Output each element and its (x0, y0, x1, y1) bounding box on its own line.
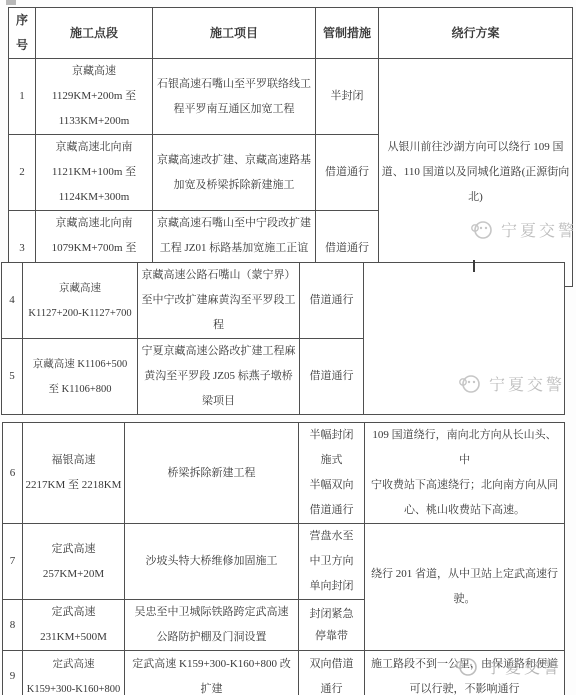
row1-project: 石银高速石嘴山至平罗联络线工 程平罗南互通区加宽工程 (153, 59, 316, 135)
table-row-1: 1 京藏高速 1129KM+200m 至 1133KM+200m 石银高速石嘴山… (9, 59, 573, 135)
row7-seq: 7 (3, 524, 23, 600)
row5-section: 京藏高速 K1106+500 至 K1106+800 (23, 339, 138, 415)
row6-project: 桥梁拆除新建工程 (125, 423, 299, 524)
scan-artifact (6, 0, 16, 5)
header-control: 管制措施 (316, 8, 379, 59)
row4-seq: 4 (2, 263, 23, 339)
table-row-4: 4 京藏高速 K1127+200-K1127+700 京藏高速公路石嘴山（蒙宁界… (2, 263, 565, 339)
row6-seq: 6 (3, 423, 23, 524)
row8-section: 定武高速 231KM+500M (23, 600, 125, 651)
row9-control: 双向借道 通行 (299, 651, 365, 695)
row8-project: 吴忠至中卫城际铁路跨定武高速 公路防护棚及门洞设置 (125, 600, 299, 651)
row2-section: 京藏高速北向南 1121KM+100m 至 1124KM+300m (36, 135, 153, 211)
row8-control: 封闭紧急 停靠带 (299, 600, 365, 651)
row2-seq: 2 (9, 135, 36, 211)
roadwork-table-segment-1: 序号 施工点段 施工项目 管制措施 绕行方案 1 京藏高速 1129KM+200… (8, 7, 573, 287)
row1-seq: 1 (9, 59, 36, 135)
row7-control: 营盘水至 中卫方向 单向封闭 (299, 524, 365, 600)
row7-section: 定武高速 257KM+20M (23, 524, 125, 600)
row5-control: 借道通行 (300, 339, 364, 415)
row9-project: 定武高速 K159+300-K160+800 改 扩建 (125, 651, 299, 695)
row2-project: 京藏高速改扩建、京藏高速路基 加宽及桥梁拆除新建施工 (153, 135, 316, 211)
stray-mark (473, 260, 475, 272)
row7-project: 沙坡头特大桥维修加固施工 (125, 524, 299, 600)
header-seq: 序号 (9, 8, 36, 59)
table-row-7: 7 定武高速 257KM+20M 沙坡头特大桥维修加固施工 营盘水至 中卫方向 … (3, 524, 565, 600)
detour-rows-7-8: 绕行 201 省道，从中卫站上定武高速行 驶。 (365, 524, 565, 651)
roadwork-table-segment-3: 6 福银高速 2217KM 至 2218KM 桥梁拆除新建工程 半幅封闭 施式 … (2, 422, 565, 695)
row4-project: 京藏高速公路石嘴山（蒙宁界） 至中宁改扩建麻黄沟至平罗段工 程 (138, 263, 300, 339)
table-row-9: 9 定武高速 K159+300-K160+800 定武高速 K159+300-K… (3, 651, 565, 695)
row4-section: 京藏高速 K1127+200-K1127+700 (23, 263, 138, 339)
row1-control: 半封闭 (316, 59, 379, 135)
row4-control: 借道通行 (300, 263, 364, 339)
row1-section: 京藏高速 1129KM+200m 至 1133KM+200m (36, 59, 153, 135)
roadwork-table-segment-2: 4 京藏高速 K1127+200-K1127+700 京藏高速公路石嘴山（蒙宁界… (1, 262, 565, 415)
row6-section: 福银高速 2217KM 至 2218KM (23, 423, 125, 524)
row6-control: 半幅封闭 施式 半幅双向 借道通行 (299, 423, 365, 524)
row9-section: 定武高速 K159+300-K160+800 (23, 651, 125, 695)
table-row-6: 6 福银高速 2217KM 至 2218KM 桥梁拆除新建工程 半幅封闭 施式 … (3, 423, 565, 524)
header-section: 施工点段 (36, 8, 153, 59)
row9-seq: 9 (3, 651, 23, 695)
row9-detour: 施工路段不到一公里，由保通路和便道 可以行驶，不影响通行 (365, 651, 565, 695)
row2-control: 借道通行 (316, 135, 379, 211)
row5-seq: 5 (2, 339, 23, 415)
row6-detour: 109 国道绕行，南向北方向从长山头、中 宁收费站下高速绕行；北向南方向从同 心… (365, 423, 565, 524)
header-project: 施工项目 (153, 8, 316, 59)
row8-seq: 8 (3, 600, 23, 651)
row5-project: 宁夏京藏高速公路改扩建工程麻 黄沟至平罗段 JZ05 标燕子墩桥 梁项目 (138, 339, 300, 415)
header-detour: 绕行方案 (379, 8, 573, 59)
table-header-row: 序号 施工点段 施工项目 管制措施 绕行方案 (9, 8, 573, 59)
detour-rows-4-5 (364, 263, 565, 415)
detour-rows-1-3: 从银川前往沙湖方向可以绕行 109 国 道、110 国道以及同城化道路(正源街向… (379, 59, 573, 287)
